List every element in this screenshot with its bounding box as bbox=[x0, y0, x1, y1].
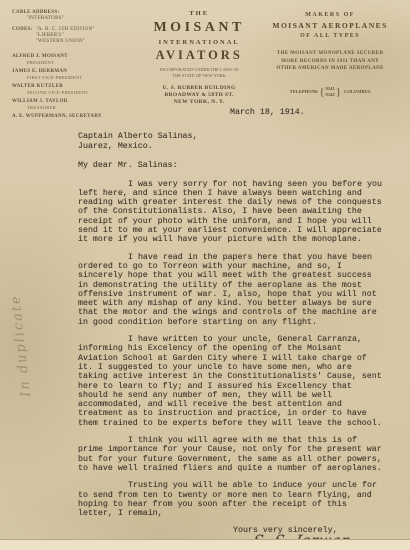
makers-line: OF ALL TYPES bbox=[262, 33, 398, 39]
incorporation-note: INCORPORATED UNDER THE LAWS OF THE STATE… bbox=[136, 67, 262, 78]
makers-line: MAKERS OF bbox=[262, 12, 398, 18]
codes-list: "A. B. C. 5TH EDITION" "LIEBER'S" "WESTE… bbox=[36, 27, 95, 45]
paragraph-1: I was very sorry for not having seen you… bbox=[78, 180, 385, 245]
blurb-line: MORE RECORDS IN 1911 THAN ANY bbox=[262, 58, 398, 66]
officer-title: PRESIDENT bbox=[12, 60, 136, 66]
paper-bottom-edge bbox=[0, 539, 410, 550]
telephone-label: TELEPHONE bbox=[290, 89, 319, 94]
paragraph-2: I have read in the papers here that you … bbox=[78, 253, 385, 327]
letterhead: CABLE ADDRESS: "INTERATORS" CODES: "A. B… bbox=[0, 10, 410, 108]
blurb-line: OTHER AMERICAN MADE AEROPLANE bbox=[262, 65, 398, 73]
address-line: NEW YORK, N. Y. bbox=[136, 99, 262, 106]
officer-entry: ALFRED J. MOISANT PRESIDENT bbox=[12, 54, 136, 66]
address-line: U. S. RUBBER BUILDING bbox=[136, 85, 262, 92]
paragraph-5: Trusting you will be able to induce your… bbox=[78, 481, 385, 518]
company-address: U. S. RUBBER BUILDING BROADWAY & 58TH ST… bbox=[136, 85, 262, 106]
telephone-number: 9142 bbox=[326, 92, 335, 98]
incorporation-line: THE STATE OF NEW YORK bbox=[136, 73, 262, 79]
blurb-line: THE MOISANT MONOPLANE SECURED bbox=[262, 50, 398, 58]
telephone-exchange: COLUMBUS bbox=[344, 89, 371, 94]
company-name-aviators: AVIATORS bbox=[136, 48, 262, 63]
officer-entry: JAMES E. HERRMAN FIRST VICE-PRESIDENT bbox=[12, 69, 136, 81]
code-item: "WESTERN UNION" bbox=[36, 39, 95, 45]
date-line: March 18, 1914. bbox=[230, 108, 385, 117]
makers-line: MOISANT AEROPLANES bbox=[262, 21, 398, 30]
company-name-moisant: MOISANT bbox=[136, 20, 262, 36]
telephone-block: TELEPHONE { 9141 9142 } COLUMBUS bbox=[262, 86, 398, 98]
cable-address-value: "INTERATORS" bbox=[12, 16, 136, 22]
officer-entry: WALTER KUTZLER SECOND VICE-PRESIDENT bbox=[12, 84, 136, 96]
salutation: My dear Mr. Salinas: bbox=[78, 161, 385, 170]
codes-label: CODES: bbox=[12, 27, 33, 45]
right-brace-glyph: } bbox=[336, 86, 341, 98]
officer-title: SECOND VICE-PRESIDENT bbox=[12, 90, 136, 96]
left-brace-glyph: { bbox=[319, 86, 324, 98]
codes-block: CODES: "A. B. C. 5TH EDITION" "LIEBER'S"… bbox=[12, 27, 136, 45]
paragraph-3: I have written to your uncle, General Ca… bbox=[78, 335, 385, 428]
recipient-line: Captain Alberto Salinas, bbox=[78, 132, 385, 142]
monoplane-records-blurb: THE MOISANT MONOPLANE SECURED MORE RECOR… bbox=[262, 50, 398, 73]
telephone-number: 9141 bbox=[326, 86, 335, 92]
telephone-numbers: 9141 9142 bbox=[326, 86, 335, 97]
recipient-line: Juarez, Mexico. bbox=[78, 142, 385, 152]
officer-title: FIRST VICE-PRESIDENT bbox=[12, 75, 136, 81]
address-line: BROADWAY & 58TH ST. bbox=[136, 92, 262, 99]
company-name-the: THE bbox=[136, 10, 262, 17]
letterhead-center-column: THE MOISANT INTERNATIONAL AVIATORS INCOR… bbox=[136, 10, 262, 108]
recipient-address: Captain Alberto Salinas, Juarez, Mexico. bbox=[78, 132, 385, 152]
letter-page: CABLE ADDRESS: "INTERATORS" CODES: "A. B… bbox=[0, 0, 410, 550]
letterhead-right-column: MAKERS OF MOISANT AEROPLANES OF ALL TYPE… bbox=[262, 10, 398, 108]
paragraph-4: I think you will agree with me that this… bbox=[78, 436, 385, 473]
letterhead-left-column: CABLE ADDRESS: "INTERATORS" CODES: "A. B… bbox=[12, 10, 136, 108]
letter-body: March 18, 1914. Captain Alberto Salinas,… bbox=[0, 108, 410, 546]
company-name-international: INTERNATIONAL bbox=[136, 39, 262, 46]
